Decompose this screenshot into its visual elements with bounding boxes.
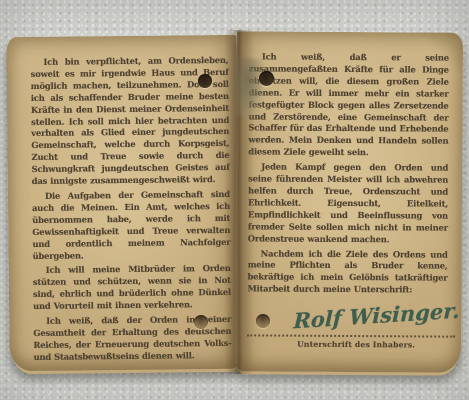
right-paragraph-1: Ich weiß, daß er seine zusammengefaßten … xyxy=(248,51,449,159)
left-paragraph-3: Ich will meine Mitbrüder im Orden stütze… xyxy=(33,263,231,313)
left-paragraph-2: Die Aufgaben der Gemeinschaft sind auch … xyxy=(32,189,231,263)
handwritten-signature: Rolf Wisinger. xyxy=(293,296,469,333)
punch-hole-top-right xyxy=(259,71,274,86)
punch-hole-bottom-left xyxy=(194,315,208,329)
right-paragraph-2: Jeden Kampf gegen den Orden und seine fü… xyxy=(248,162,449,247)
punch-hole-bottom-right xyxy=(256,314,270,328)
open-booklet: Ich bin verpflichtet, am Ordensleben, so… xyxy=(6,28,464,380)
signature-dotted-line xyxy=(247,333,455,337)
right-paragraph-3: Nachdem ich die Ziele des Ordens und mei… xyxy=(247,248,447,297)
right-page-text: Ich weiß, daß er seine zusammengefaßten … xyxy=(247,51,449,299)
photo-background: Ich bin verpflichtet, am Ordensleben, so… xyxy=(0,0,469,400)
signature-caption: Unterschrift des Inhabers. xyxy=(297,340,415,350)
punch-hole-top-left xyxy=(198,74,212,88)
